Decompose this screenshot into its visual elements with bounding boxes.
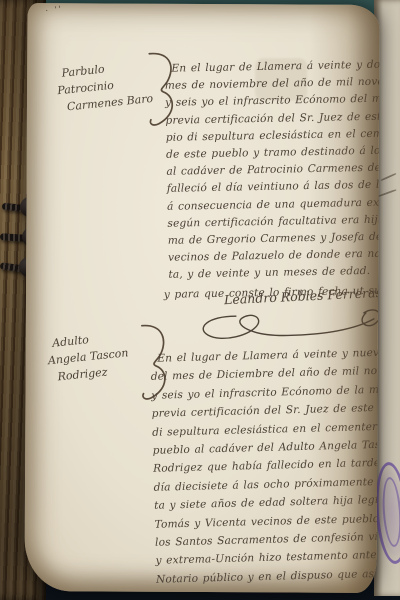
corner-ink-mark: · '' <box>45 4 64 15</box>
text-line: ta, y de veinte y un meses de edad. <box>168 263 379 285</box>
neighbor-page-writing <box>380 173 396 182</box>
stamp-inner-ring <box>381 476 400 547</box>
signature-rubric-flourish <box>178 302 380 347</box>
manuscript-page: · '' ParbuloPatrocinioCarmenes Baro En e… <box>24 3 379 593</box>
margin-note-entry1: ParbuloPatrocinioCarmenes Baro <box>61 55 170 116</box>
entry1-text: En el lugar de Llamera á veinte y dos dí… <box>164 56 379 303</box>
entry2-text: En el lugar de Llamera á veinte y nueve … <box>150 343 380 589</box>
neighbor-page-writing <box>378 189 397 197</box>
margin-note-entry2: AdultoAngela TasconRodrigez <box>51 324 160 385</box>
photographed-register-book: · '' ParbuloPatrocinioCarmenes Baro En e… <box>0 0 400 600</box>
